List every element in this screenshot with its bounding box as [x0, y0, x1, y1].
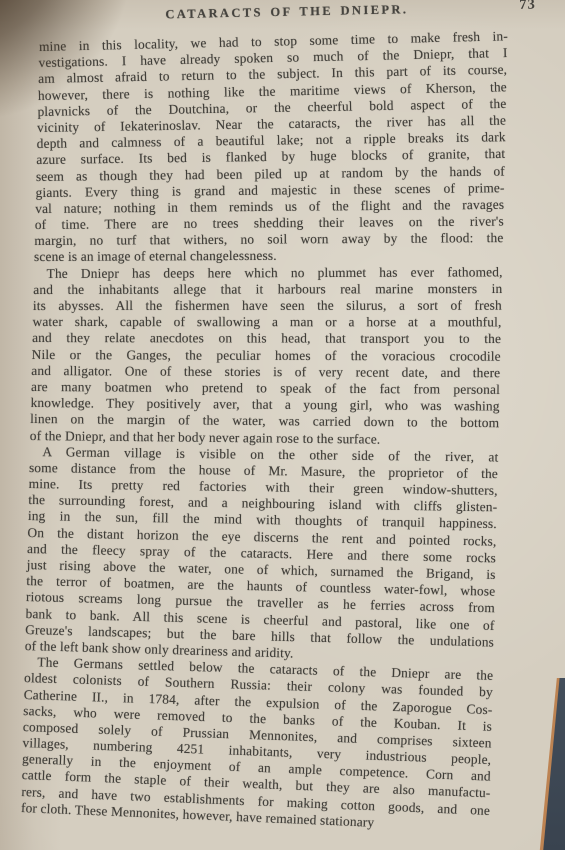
book-page-photo: CATARACTS OF THE DNIEPR. 73 mine in this… — [0, 0, 565, 850]
page-edge-highlight — [531, 678, 565, 850]
text-line: The Dniepr has deeps here which no plumm… — [34, 264, 503, 282]
text-line: Nile or the Ganges, the peculiar homes o… — [32, 347, 501, 365]
text-line: and alligator. One of these stories is o… — [31, 363, 500, 381]
running-header-title: CATARACTS OF THE DNIEPR. — [38, 0, 536, 25]
page-text: mine in this locality, we had to stop so… — [37, 39, 506, 816]
text-line: scene is an image of eternal changelessn… — [34, 247, 503, 265]
text-line: and the inhabitants allege that it harbo… — [33, 281, 502, 298]
book-edge-shadow — [531, 678, 565, 850]
text-line: water shark, capable of swallowing a man… — [32, 314, 501, 331]
book-edge-region — [531, 678, 565, 850]
running-header: CATARACTS OF THE DNIEPR. 73 — [38, 0, 536, 30]
page-number: 73 — [519, 0, 536, 14]
text-line: and they relate anecdotes on this head, … — [32, 330, 501, 347]
text-line: its abysses. All the fishermen have seen… — [33, 298, 502, 315]
